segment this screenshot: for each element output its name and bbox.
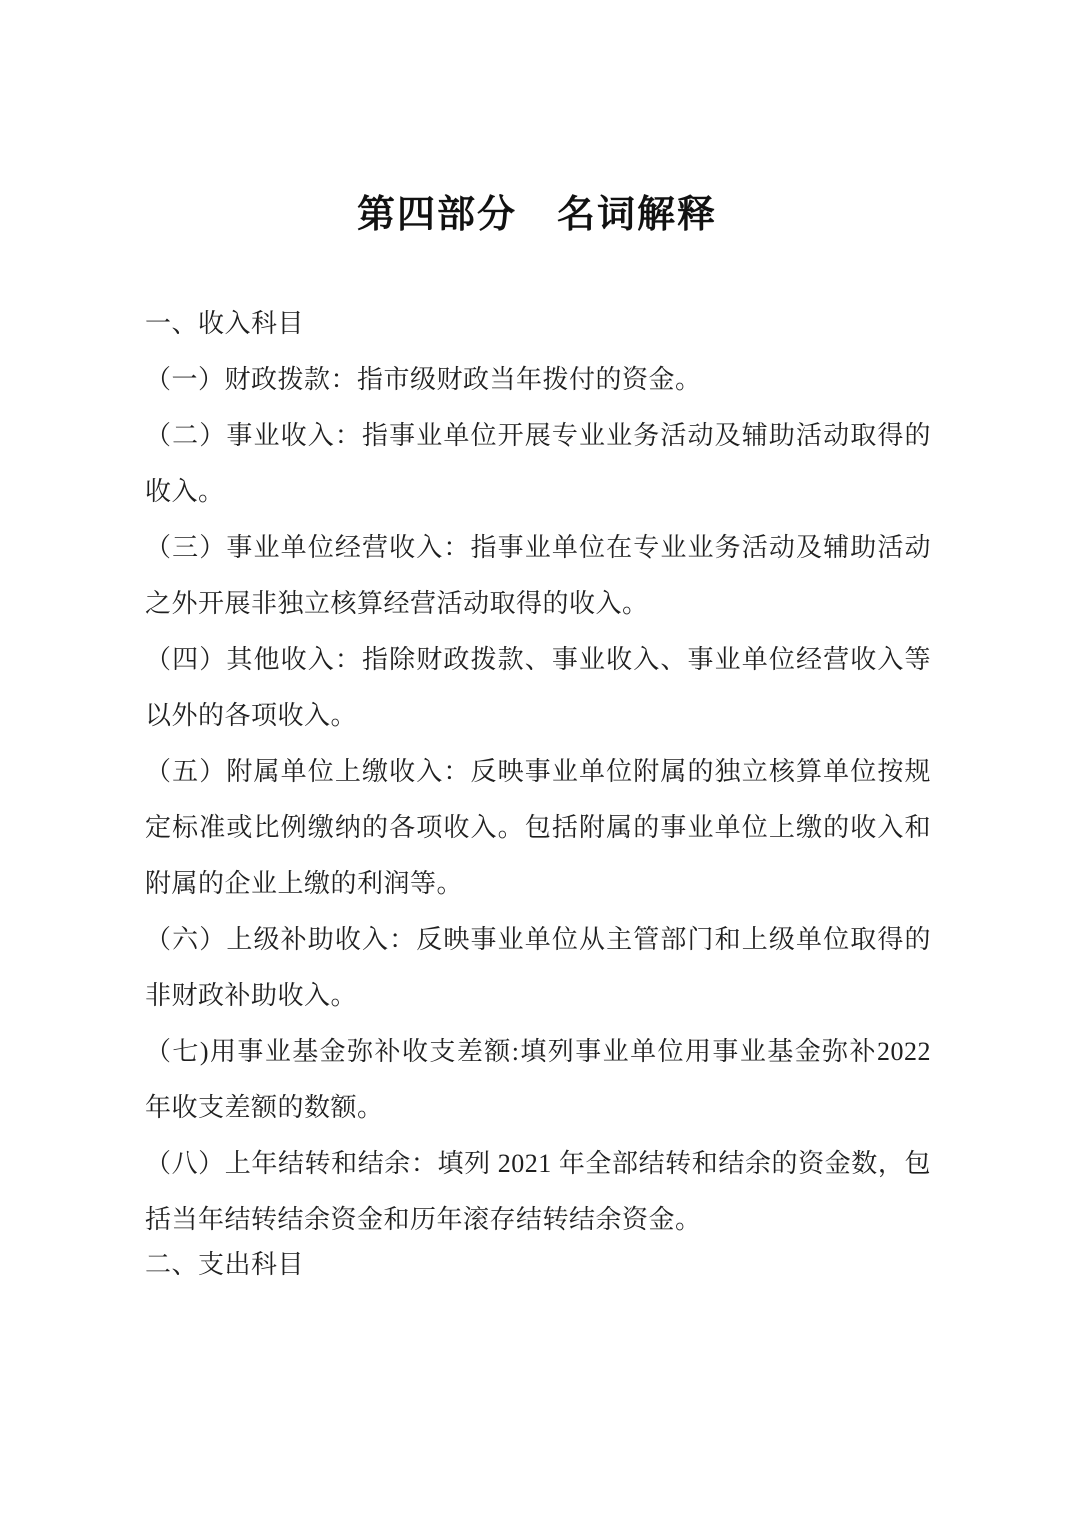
document-page: 第四部分 名词解释 一、收入科目 （一）财政拨款：指市级财政当年拨付的资金。 （… bbox=[0, 0, 1074, 1520]
paragraph-income-7: （七)用事业基金弥补收支差额:填列事业单位用事业基金弥补2022年收支差额的数额… bbox=[145, 1024, 931, 1136]
paragraph-income-1: （一）财政拨款：指市级财政当年拨付的资金。 bbox=[145, 352, 931, 408]
paragraph-income-6: （六）上级补助收入：反映事业单位从主管部门和上级单位取得的非财政补助收入。 bbox=[145, 912, 931, 1024]
paragraph-income-3: （三）事业单位经营收入：指事业单位在专业业务活动及辅助活动之外开展非独立核算经营… bbox=[145, 520, 931, 632]
section-heading-income: 一、收入科目 bbox=[145, 296, 931, 352]
document-body: 一、收入科目 （一）财政拨款：指市级财政当年拨付的资金。 （二）事业收入：指事业… bbox=[145, 296, 931, 1293]
paragraph-income-2: （二）事业收入：指事业单位开展专业业务活动及辅助活动取得的收入。 bbox=[145, 408, 931, 520]
document-title: 第四部分 名词解释 bbox=[0, 0, 1074, 240]
paragraph-income-5: （五）附属单位上缴收入：反映事业单位附属的独立核算单位按规定标准或比例缴纳的各项… bbox=[145, 744, 931, 912]
paragraph-income-4: （四）其他收入：指除财政拨款、事业收入、事业单位经营收入等以外的各项收入。 bbox=[145, 632, 931, 744]
paragraph-income-8: （八）上年结转和结余：填列 2021 年全部结转和结余的资金数，包括当年结转结余… bbox=[145, 1136, 931, 1248]
